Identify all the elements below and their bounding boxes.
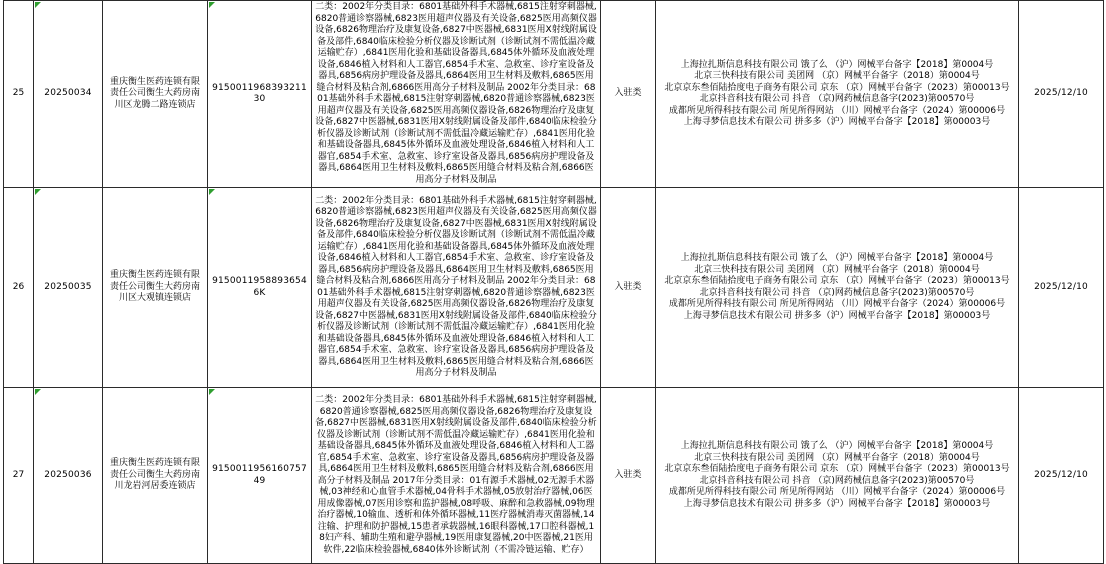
excel-flag-marker-icon [209, 189, 215, 195]
platform-filing-line: 北京京东叁佰陆拾度电子商务有限公司 京东 （京）网械平台备字（2023）第000… [659, 276, 1015, 288]
record-serial-cell[interactable]: 20250034 [34, 1, 103, 188]
entry-mode-cell[interactable]: 入驻类 [601, 188, 656, 388]
excel-flag-marker-icon [35, 189, 41, 195]
entry-mode: 入驻类 [614, 470, 641, 480]
filing-date-cell[interactable]: 2025/12/10 [1019, 1, 1104, 188]
filing-date-cell[interactable]: 2025/12/10 [1019, 188, 1104, 388]
platform-filing-line: 上海拉扎斯信息科技有限公司 饿了么 （沪）网械平台备字【2018】第0004号 [659, 441, 1015, 453]
platform-filing-line: 北京三快科技有限公司 美团网 （京）网械平台备字（2018）第0004号 [659, 265, 1015, 277]
platform-filing-line: 北京三快科技有限公司 美团网 （京）网械平台备字（2018）第0004号 [659, 71, 1015, 83]
row-number: 27 [13, 470, 24, 480]
entry-mode: 入驻类 [614, 88, 641, 98]
table-row: 26 20250035 重庆衡生医药连锁有限责任公司衡生大药房南川区大观镇连锁店… [4, 188, 1104, 388]
device-catalog-cell[interactable]: 二类：2002年分类目录：6801基础外科手术器械,6815注射穿刺器械,682… [312, 1, 601, 188]
entry-mode-cell[interactable]: 入驻类 [601, 388, 656, 564]
device-catalog-text: 二类：2002年分类目录：6801基础外科手术器械,6815注射穿刺器械,682… [315, 196, 596, 379]
row-number-cell[interactable]: 26 [4, 188, 34, 388]
device-catalog-text: 二类：2002年分类目录：6801基础外科手术器械,6815注射穿刺器械,682… [315, 2, 596, 185]
platform-filing-line: 北京京东叁佰陆拾度电子商务有限公司 京东 （京）网械平台备字（2023）第000… [659, 83, 1015, 95]
row-number: 25 [13, 88, 24, 98]
platform-filing-line: 上海寻梦信息技术有限公司 拼多多（沪）网械平台备字【2018】第00003号 [659, 311, 1015, 323]
credit-code-cell[interactable]: 915001196839321130 [208, 1, 312, 188]
entry-mode: 入驻类 [614, 282, 641, 292]
platform-filing-line: 北京抖音科技有限公司 抖音 （京)网药械信息备字(2023)第00570号 [659, 288, 1015, 300]
platform-filing-line: 北京抖音科技有限公司 抖音 （京)网药械信息备字(2023)第00570号 [659, 94, 1015, 106]
company-name-cell[interactable]: 重庆衡生医药连锁有限责任公司衡生大药房南川区龙腾二路连锁店 [103, 1, 208, 188]
record-serial: 20250034 [44, 88, 91, 98]
medical-device-filing-table: 25 20250034 重庆衡生医药连锁有限责任公司衡生大药房南川区龙腾二路连锁… [3, 0, 1104, 564]
company-name: 重庆衡生医药连锁有限责任公司衡生大药房南川区大观镇连锁店 [110, 270, 200, 303]
credit-code-cell[interactable]: 915001195616075749 [208, 388, 312, 564]
excel-flag-marker-icon [35, 389, 41, 395]
company-name-cell[interactable]: 重庆衡生医药连锁有限责任公司衡生大药房南川龙岩河居委连锁店 [103, 388, 208, 564]
credit-code: 915001196839321130 [212, 83, 307, 105]
device-catalog-text: 二类：2002年分类目录：6801基础外科手术器械,6815注射穿刺器械,682… [315, 395, 596, 555]
record-serial-cell[interactable]: 20250035 [34, 188, 103, 388]
platform-filings-cell[interactable]: 上海拉扎斯信息科技有限公司 饿了么 （沪）网械平台备字【2018】第0004号 … [656, 388, 1019, 564]
credit-code: 91500119588936546K [212, 276, 307, 298]
credit-code-cell[interactable]: 91500119588936546K [208, 188, 312, 388]
company-name: 重庆衡生医药连锁有限责任公司衡生大药房南川龙岩河居委连锁店 [110, 458, 200, 491]
platform-filing-line: 上海寻梦信息技术有限公司 拼多多（沪）网械平台备字【2018】第00003号 [659, 117, 1015, 129]
platform-filing-line: 北京三快科技有限公司 美团网 （京）网械平台备字（2018）第0004号 [659, 453, 1015, 465]
platform-filing-line: 成都所见所得科技有限公司 所见所得网站 （川）网械平台备字（2024）第0000… [659, 106, 1015, 118]
platform-filings-cell[interactable]: 上海拉扎斯信息科技有限公司 饿了么 （沪）网械平台备字【2018】第0004号 … [656, 1, 1019, 188]
excel-flag-marker-icon [209, 389, 215, 395]
platform-filing-line: 成都所见所得科技有限公司 所见所得网站 （川）网械平台备字（2024）第0000… [659, 487, 1015, 499]
record-serial: 20250035 [44, 282, 91, 292]
excel-flag-marker-icon [209, 2, 215, 8]
row-number: 26 [13, 282, 24, 292]
filing-date: 2025/12/10 [1034, 88, 1088, 98]
table-row: 25 20250034 重庆衡生医药连锁有限责任公司衡生大药房南川区龙腾二路连锁… [4, 1, 1104, 188]
entry-mode-cell[interactable]: 入驻类 [601, 1, 656, 188]
platform-filing-line: 上海拉扎斯信息科技有限公司 饿了么 （沪）网械平台备字【2018】第0004号 [659, 60, 1015, 72]
records-table: 25 20250034 重庆衡生医药连锁有限责任公司衡生大药房南川区龙腾二路连锁… [0, 0, 1106, 564]
credit-code: 915001195616075749 [212, 464, 307, 486]
table-row: 27 20250036 重庆衡生医药连锁有限责任公司衡生大药房南川龙岩河居委连锁… [4, 388, 1104, 564]
row-number-cell[interactable]: 27 [4, 388, 34, 564]
filing-date: 2025/12/10 [1034, 282, 1088, 292]
device-catalog-cell[interactable]: 二类：2002年分类目录：6801基础外科手术器械,6815注射穿刺器械,682… [312, 188, 601, 388]
platform-filing-line: 上海拉扎斯信息科技有限公司 饿了么 （沪）网械平台备字【2018】第0004号 [659, 253, 1015, 265]
record-serial: 20250036 [44, 470, 91, 480]
company-name: 重庆衡生医药连锁有限责任公司衡生大药房南川区龙腾二路连锁店 [110, 77, 200, 110]
filing-date: 2025/12/10 [1034, 470, 1088, 480]
excel-flag-marker-icon [35, 2, 41, 8]
device-catalog-cell[interactable]: 二类：2002年分类目录：6801基础外科手术器械,6815注射穿刺器械,682… [312, 388, 601, 564]
filing-date-cell[interactable]: 2025/12/10 [1019, 388, 1104, 564]
platform-filing-line: 北京抖音科技有限公司 抖音 （京)网药械信息备字(2023)第00570号 [659, 476, 1015, 488]
record-serial-cell[interactable]: 20250036 [34, 388, 103, 564]
platform-filings-cell[interactable]: 上海拉扎斯信息科技有限公司 饿了么 （沪）网械平台备字【2018】第0004号 … [656, 188, 1019, 388]
platform-filing-line: 成都所见所得科技有限公司 所见所得网站 （川）网械平台备字（2024）第0000… [659, 299, 1015, 311]
row-number-cell[interactable]: 25 [4, 1, 34, 188]
platform-filing-line: 北京京东叁佰陆拾度电子商务有限公司 京东 （京）网械平台备字（2023）第000… [659, 464, 1015, 476]
company-name-cell[interactable]: 重庆衡生医药连锁有限责任公司衡生大药房南川区大观镇连锁店 [103, 188, 208, 388]
platform-filing-line: 上海寻梦信息技术有限公司 拼多多（沪）网械平台备字【2018】第00003号 [659, 499, 1015, 511]
